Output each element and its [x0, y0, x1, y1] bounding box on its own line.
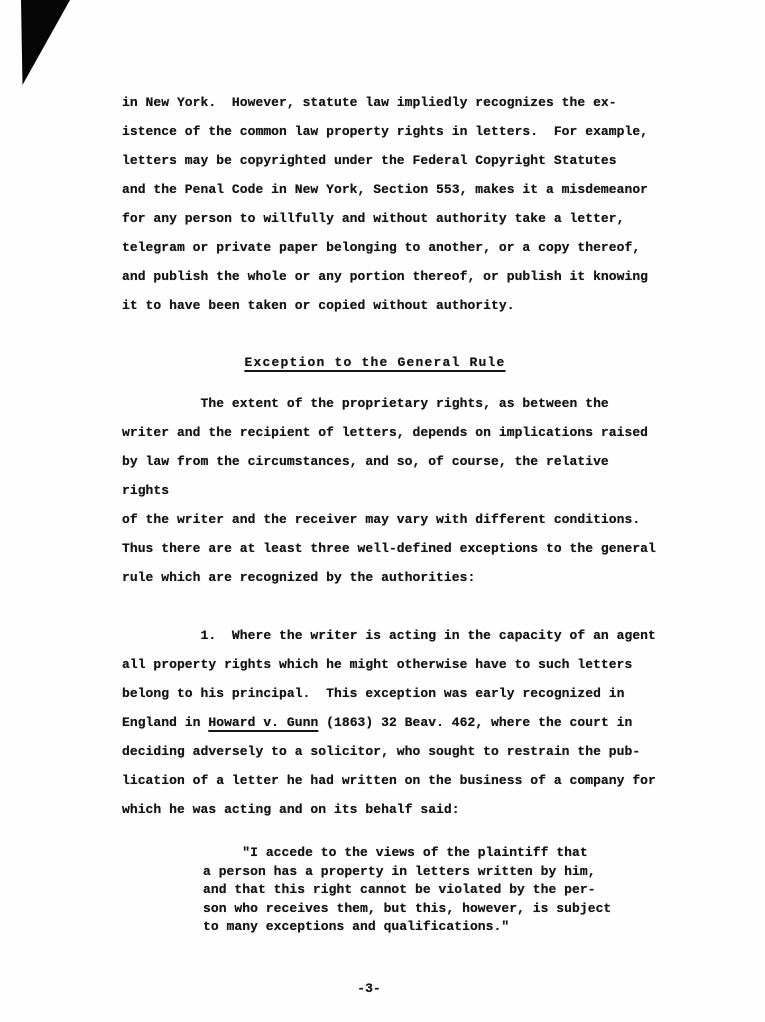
document-body: in New York. However, statute law implie…: [122, 88, 662, 1003]
paragraph-agent-exception: 1. Where the writer is acting in the cap…: [122, 621, 662, 824]
scanned-document-page: in New York. However, statute law implie…: [0, 0, 765, 1022]
block-quote-court-opinion: "I accede to the views of the plaintiff …: [203, 844, 662, 937]
paragraph-extent-of-rights: The extent of the proprietary rights, as…: [122, 389, 662, 592]
paragraph-agent-exception-text-cont: (1863) 32 Beav. 462, where the court in …: [122, 715, 656, 817]
section-heading-exception-to-general-rule: Exception to the General Rule: [244, 355, 505, 370]
section-heading-row: Exception to the General Rule: [105, 348, 645, 377]
paragraph-new-york-statute: in New York. However, statute law implie…: [122, 88, 662, 320]
case-citation-howard-v-gunn: Howard v. Gunn: [208, 715, 318, 730]
page-corner-scan-artifact: [21, 0, 70, 85]
page-number: -3-: [99, 974, 639, 1003]
